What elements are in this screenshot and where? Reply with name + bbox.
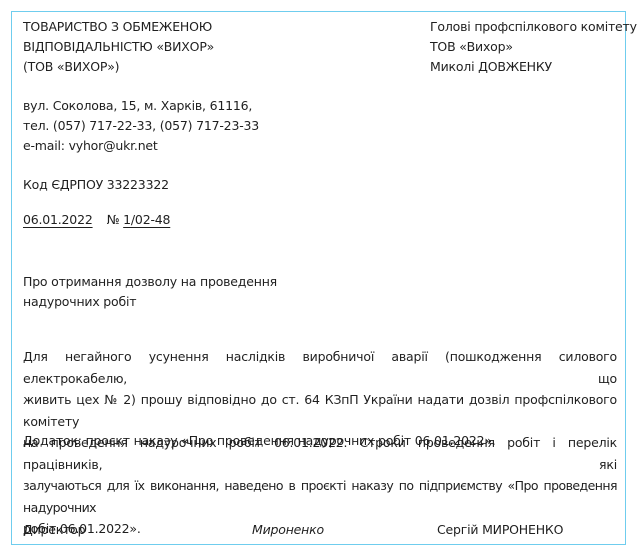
number-sign: № (107, 212, 120, 227)
registration-date: 06.01.2022 (23, 212, 93, 227)
signatory-role: Директор (23, 520, 85, 540)
registration-line: 06.01.2022№ 1/02-48 (23, 210, 170, 230)
sender-line: ВІДПОВІДАЛЬНІСТЮ «ВИХОР» (23, 37, 214, 57)
sender-line: ТОВАРИСТВО З ОБМЕЖЕНОЮ (23, 17, 214, 37)
subject-line: Про отримання дозволу на проведення (23, 272, 277, 292)
attachment-note: Додаток: проєкт наказу «Про проведення н… (23, 431, 496, 451)
subject-line: надурочних робіт (23, 292, 277, 312)
body-line: живить цех № 2) прошу відповідно до ст. … (23, 389, 617, 432)
letter-subject: Про отримання дозволу на проведення наду… (23, 272, 277, 312)
sender-line: (ТОВ «ВИХОР») (23, 57, 214, 77)
handwritten-signature: Мироненко (252, 520, 324, 540)
body-line: Для негайного усунення наслідків виробни… (23, 346, 617, 389)
recipient-line: Голові профспілкового комітету (430, 17, 637, 37)
sender-phones: тел. (057) 717-22-33, (057) 717-23-33 (23, 116, 259, 136)
body-line: залучаються для їх виконання, наведено в… (23, 475, 617, 518)
recipient-block: Голові профспілкового комітету ТОВ «Вихо… (430, 17, 637, 77)
sender-organization: ТОВАРИСТВО З ОБМЕЖЕНОЮ ВІДПОВІДАЛЬНІСТЮ … (23, 17, 214, 77)
sender-address: вул. Соколова, 15, м. Харків, 61116, (23, 96, 259, 116)
edrpou-code: Код ЄДРПОУ 33223322 (23, 175, 169, 195)
registration-number: 1/02-48 (123, 212, 170, 227)
sender-contacts: вул. Соколова, 15, м. Харків, 61116, тел… (23, 96, 259, 156)
sender-email: e-mail: vyhor@ukr.net (23, 136, 259, 156)
signatory-name: Сергій МИРОНЕНКО (437, 520, 563, 540)
recipient-line: Миколі ДОВЖЕНКУ (430, 57, 637, 77)
recipient-line: ТОВ «Вихор» (430, 37, 637, 57)
